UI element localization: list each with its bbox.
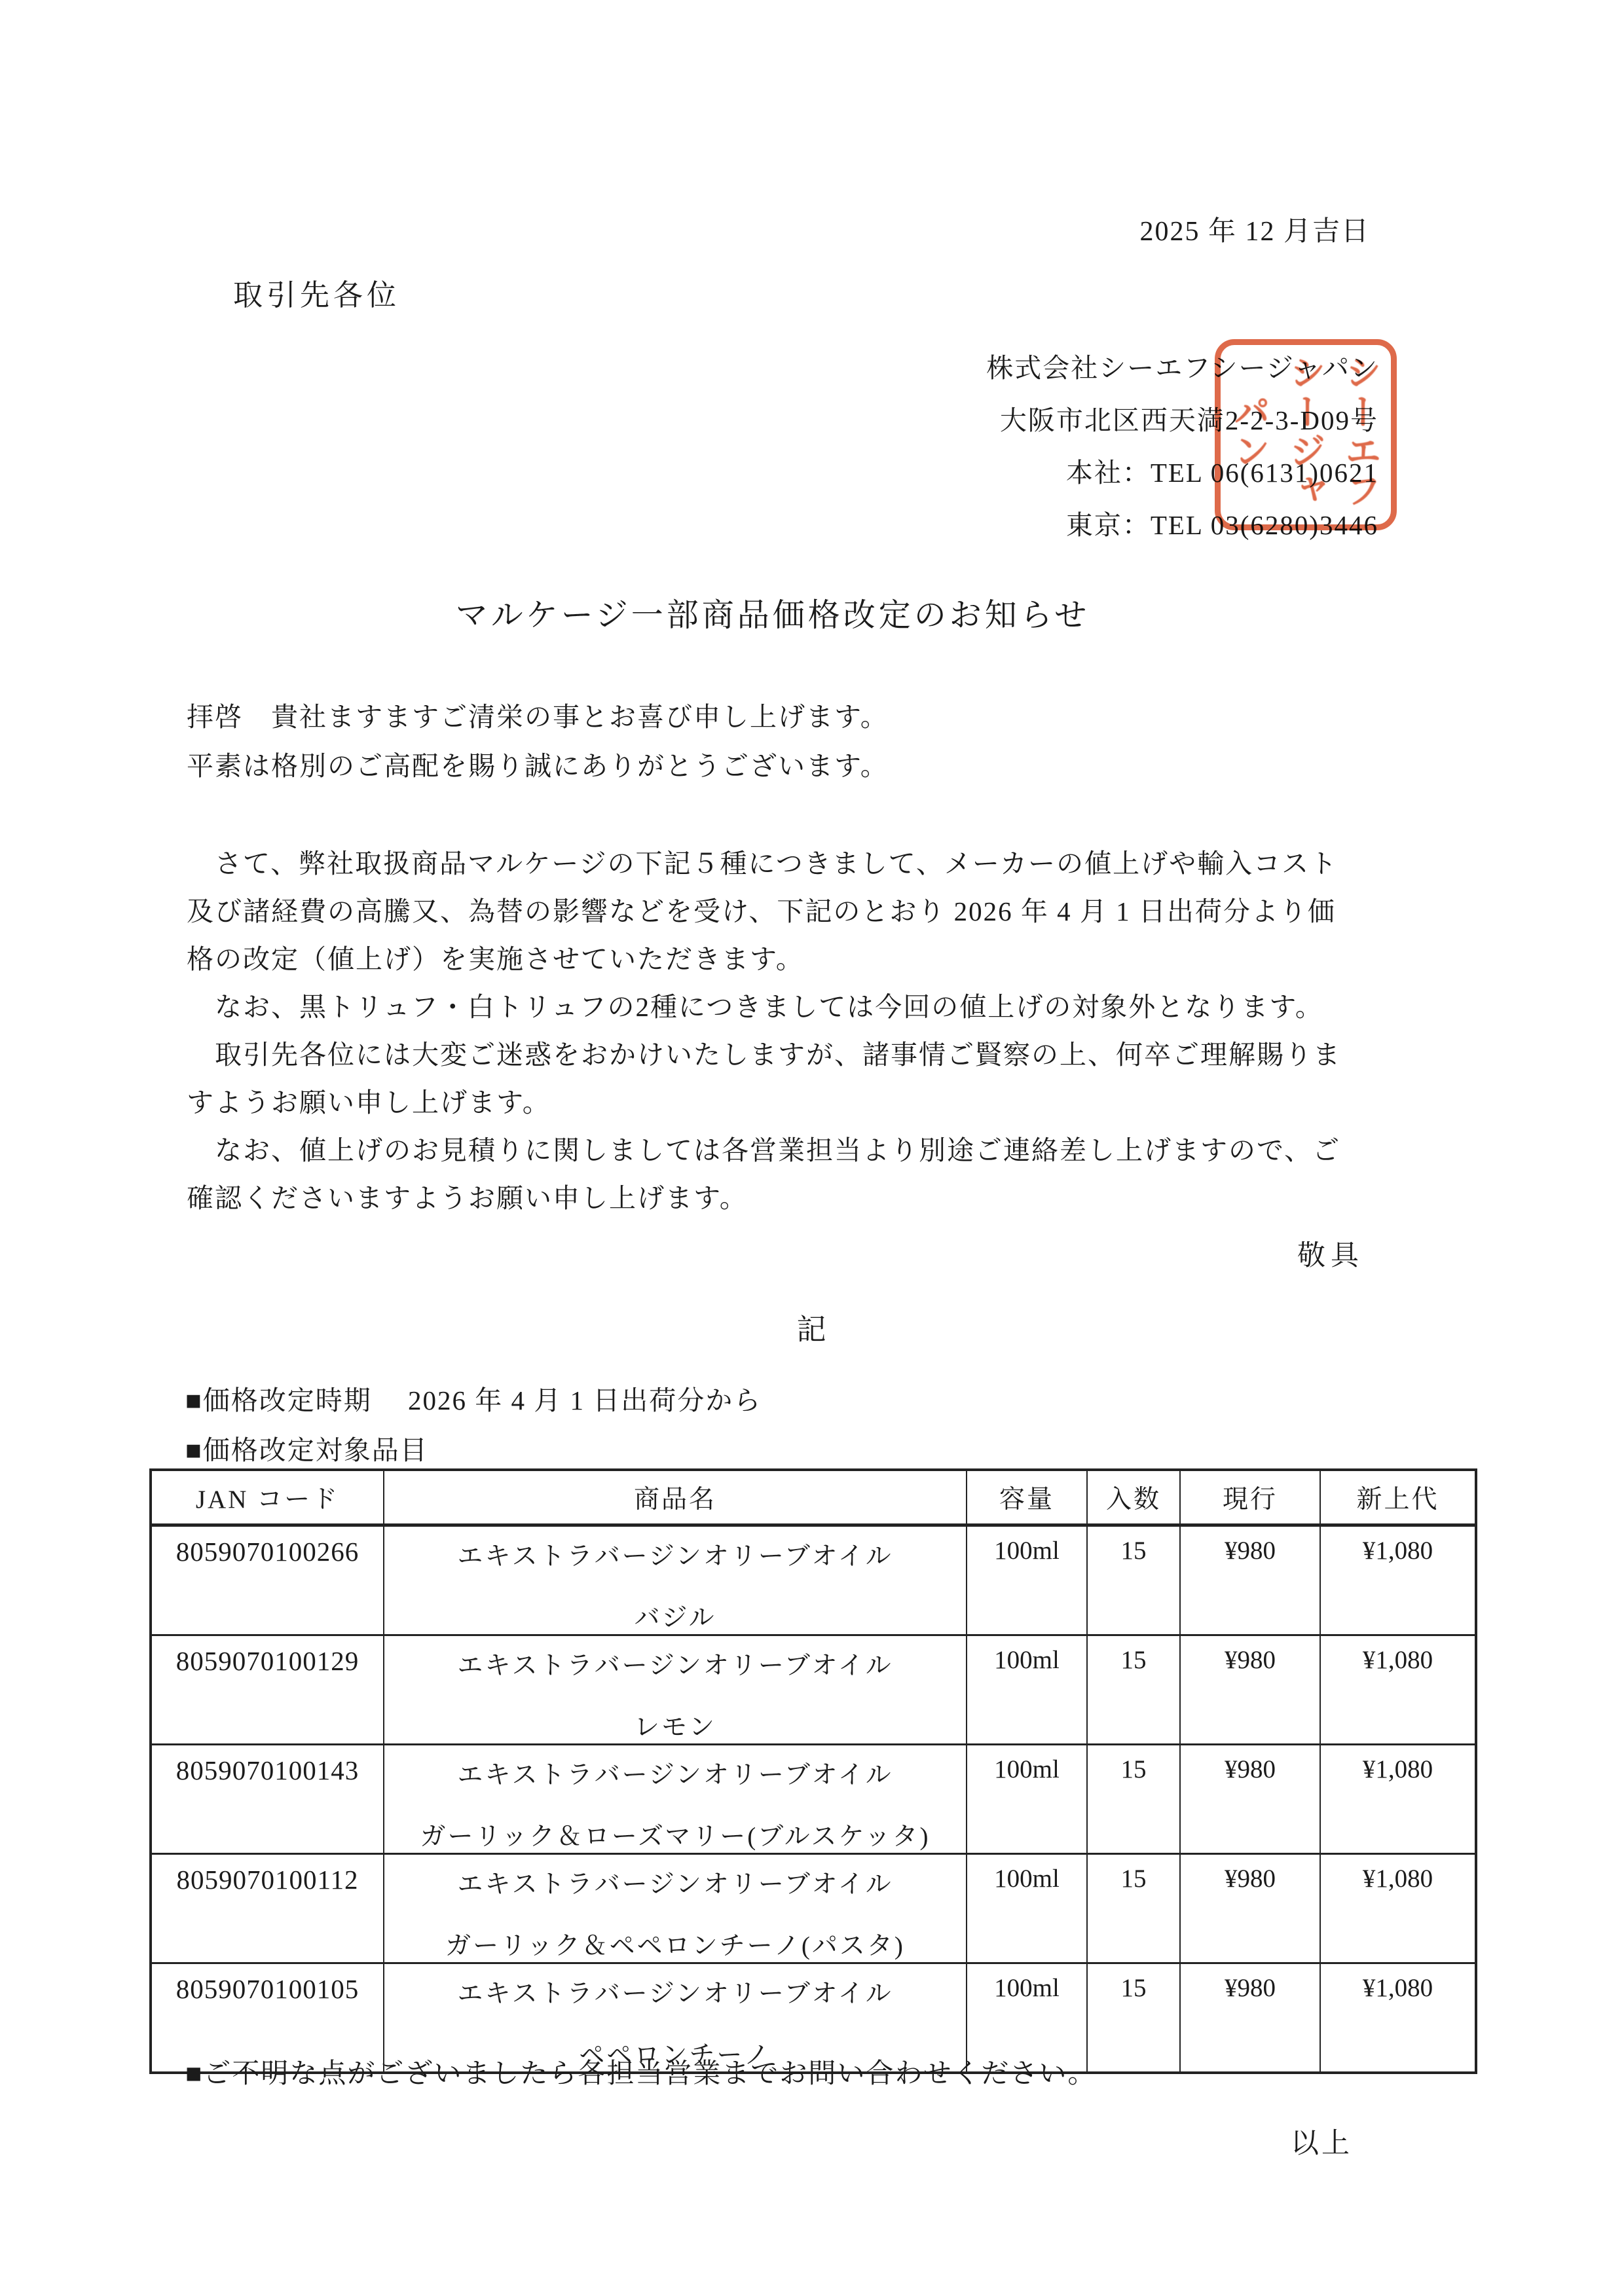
header-current-price: 現行: [1180, 1470, 1320, 1525]
body-line: なお、値上げのお見積りに関しましては各営業担当より別途ご連絡差し上げますので、ご: [187, 1129, 1450, 1176]
greeting-line: 平素は格別のご高配を賜り誠にありがとうございます。: [187, 744, 889, 793]
product-name-line1: エキストラバージンオリーブオイル: [384, 1864, 966, 1901]
quantity-cell: 15: [1087, 1854, 1180, 1963]
contact-note: ■ご不明な点がございましたら各担当営業までお問い合わせください。: [185, 2052, 1096, 2091]
volume-cell: 100ml: [967, 1854, 1087, 1963]
table-row: 8059070100129 エキストラバージンオリーブオイル レモン 100ml…: [151, 1635, 1476, 1745]
volume-cell: 100ml: [967, 1745, 1087, 1854]
end-mark: 以上: [1291, 2121, 1352, 2161]
letter-title: マルケージ一部商品価格改定のお知らせ: [0, 590, 1545, 636]
recipient-heading: 取引先各位: [233, 271, 400, 314]
product-name-cell: エキストラバージンオリーブオイル バジル: [384, 1525, 967, 1635]
product-name-line2: バジル: [384, 1597, 966, 1634]
current-price-cell: ¥980: [1180, 1745, 1320, 1854]
table-row: 8059070100112 エキストラバージンオリーブオイル ガーリック＆ペペロ…: [151, 1854, 1476, 1963]
quantity-cell: 15: [1087, 1745, 1180, 1854]
body-paragraphs: さて、弊社取扱商品マルケージの下記５種につきまして、メーカーの値上げや輸入コスト…: [187, 842, 1450, 1224]
product-name-line1: エキストラバージンオリーブオイル: [384, 1973, 966, 2010]
current-price-cell: ¥980: [1180, 1635, 1320, 1745]
new-price-cell: ¥1,080: [1320, 1854, 1476, 1963]
jan-code-cell: 8059070100266: [151, 1525, 384, 1635]
product-name-cell: エキストラバージンオリーブオイル ガーリック＆ペペロンチーノ(パスタ): [384, 1854, 967, 1963]
table-row: 8059070100266 エキストラバージンオリーブオイル バジル 100ml…: [151, 1525, 1476, 1635]
company-seal-stamp: 株式会社シーエフシージャパン: [1215, 339, 1397, 530]
current-price-cell: ¥980: [1180, 1963, 1320, 2073]
product-name-line2: レモン: [384, 1707, 966, 1743]
current-price-cell: ¥980: [1180, 1854, 1320, 1963]
jan-code-cell: 8059070100129: [151, 1635, 384, 1745]
price-table: JAN コード 商品名 容量 入数 現行 新上代 8059070100266 エ…: [149, 1468, 1477, 2074]
body-line: 確認くださいますようお願い申し上げます。: [187, 1176, 1450, 1224]
letter-date: 2025 年 12 月吉日: [1139, 210, 1370, 249]
quantity-cell: 15: [1087, 1635, 1180, 1745]
product-name-cell: エキストラバージンオリーブオイル レモン: [384, 1635, 967, 1745]
table-header-row: JAN コード 商品名 容量 入数 現行 新上代: [151, 1470, 1476, 1525]
jan-code-cell: 8059070100112: [151, 1854, 384, 1963]
price-revision-time-note: ■価格改定時期 2026 年 4 月 1 日出荷分から: [185, 1379, 762, 1417]
header-product-name: 商品名: [384, 1470, 967, 1525]
greeting-block: 拝啓 貴社ますますご清栄の事とお喜び申し上げます。 平素は格別のご高配を賜り誠に…: [187, 695, 889, 793]
header-jan-code: JAN コード: [151, 1470, 384, 1525]
quantity-cell: 15: [1087, 1963, 1180, 2073]
table-row: 8059070100143 エキストラバージンオリーブオイル ガーリック＆ローズ…: [151, 1745, 1476, 1854]
new-price-cell: ¥1,080: [1320, 1525, 1476, 1635]
product-name-line1: エキストラバージンオリーブオイル: [384, 1645, 966, 1682]
volume-cell: 100ml: [967, 1635, 1087, 1745]
product-name-line2: ガーリック＆ローズマリー(ブルスケッタ): [384, 1816, 966, 1853]
volume-cell: 100ml: [967, 1525, 1087, 1635]
current-price-cell: ¥980: [1180, 1525, 1320, 1635]
product-name-line2: ガーリック＆ペペロンチーノ(パスタ): [384, 1925, 966, 1962]
jan-code-cell: 8059070100143: [151, 1745, 384, 1854]
body-line: なお、黒トリュフ・白トリュフの2種につきましては今回の値上げの対象外となります。: [187, 985, 1450, 1033]
product-name-line1: エキストラバージンオリーブオイル: [384, 1536, 966, 1573]
body-line: すようお願い申し上げます。: [187, 1081, 1450, 1129]
quantity-cell: 15: [1087, 1525, 1180, 1635]
record-heading: 記: [0, 1305, 1624, 1348]
new-price-cell: ¥1,080: [1320, 1635, 1476, 1745]
product-name-cell: エキストラバージンオリーブオイル ガーリック＆ローズマリー(ブルスケッタ): [384, 1745, 967, 1854]
company-seal-text: 株式会社シーエフシージャパン: [1221, 350, 1397, 514]
greeting-line: 拝啓 貴社ますますご清栄の事とお喜び申し上げます。: [187, 695, 889, 744]
header-volume: 容量: [967, 1470, 1087, 1525]
letter-page: 2025 年 12 月吉日 取引先各位 株式会社シーエフシージャパン 大阪市北区…: [0, 0, 1624, 2296]
product-name-line1: エキストラバージンオリーブオイル: [384, 1755, 966, 1791]
new-price-cell: ¥1,080: [1320, 1963, 1476, 2073]
price-revision-items-note: ■価格改定対象品目: [185, 1429, 428, 1467]
body-line: 格の改定（値上げ）を実施させていただきます。: [187, 938, 1450, 985]
body-line: さて、弊社取扱商品マルケージの下記５種につきまして、メーカーの値上げや輸入コスト: [187, 842, 1450, 890]
header-quantity: 入数: [1087, 1470, 1180, 1525]
body-line: 及び諸経費の高騰又、為替の影響などを受け、下記のとおり 2026 年 4 月 1…: [187, 890, 1450, 938]
body-line: 取引先各位には大変ご迷惑をおかけいたしますが、諸事情ご賢察の上、何卒ご理解賜りま: [187, 1033, 1450, 1081]
header-new-price: 新上代: [1320, 1470, 1476, 1525]
closing-keigu: 敬具: [1297, 1233, 1364, 1273]
new-price-cell: ¥1,080: [1320, 1745, 1476, 1854]
